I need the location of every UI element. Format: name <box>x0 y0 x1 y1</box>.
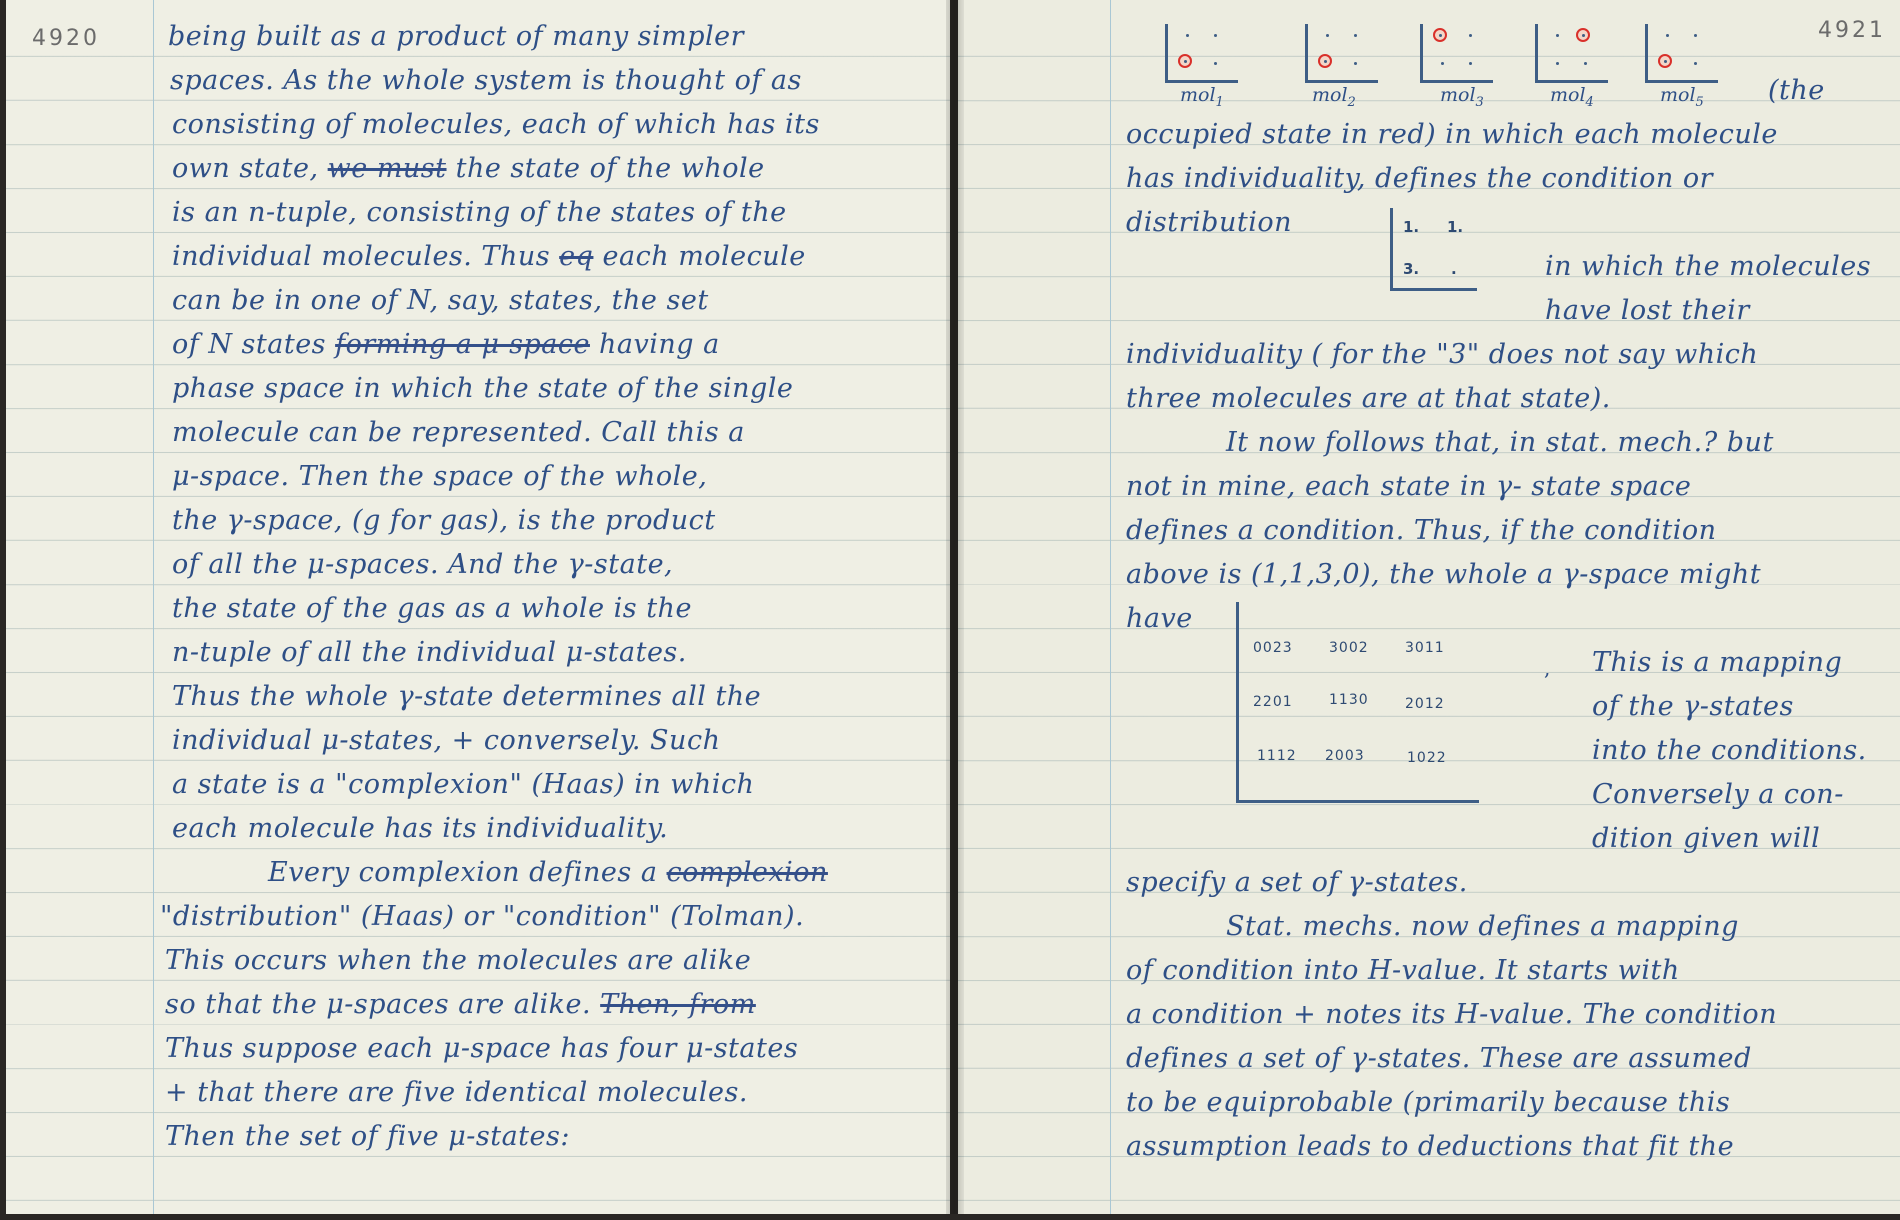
text-line: each molecule has its individuality. <box>172 814 668 844</box>
text-line: consisting of molecules, each of which h… <box>172 110 820 140</box>
text-line: This is a mapping <box>1592 648 1842 678</box>
text-line: defines a set of γ-states. These are ass… <box>1126 1044 1752 1074</box>
mol-5-diagram <box>1645 24 1718 83</box>
table-cell: 2003 <box>1325 748 1365 764</box>
text-line: three molecules are at that state). <box>1126 384 1611 414</box>
mol-3-label: mol3 <box>1440 84 1484 110</box>
text-line: to be equiprobable (primarily because th… <box>1126 1088 1730 1118</box>
text-line: in which the molecules <box>1545 252 1871 282</box>
text-line: Conversely a con- <box>1592 780 1844 810</box>
text-line: It now follows that, in stat. mech.? but <box>1226 428 1774 458</box>
gamma-state-table: 0023 3002 3011 2201 1130 2012 1112 2003 … <box>1236 602 1479 803</box>
text-line: specify a set of γ-states. <box>1126 868 1468 898</box>
table-cell: 1022 <box>1407 750 1447 766</box>
table-cell: 2201 <box>1253 694 1293 710</box>
comma-mark: , <box>1544 656 1550 680</box>
right-margin-rule <box>1110 0 1111 1214</box>
table-cell: 3002 <box>1329 640 1369 656</box>
text-line: "distribution" (Haas) or "condition" (To… <box>160 902 804 932</box>
table-cell: 1112 <box>1257 748 1297 764</box>
text-line: of N states forming a μ-space having a <box>172 330 720 360</box>
text-line: of condition into H-value. It starts wit… <box>1126 956 1680 986</box>
struck-text: Then, from <box>600 989 756 1020</box>
text-line: individuality ( for the "3" does not say… <box>1126 340 1758 370</box>
mol-4-diagram <box>1535 24 1608 83</box>
text-line: own state, we must the state of the whol… <box>172 154 765 184</box>
text-line: Thus suppose each μ-space has four μ-sta… <box>165 1034 798 1064</box>
text-line: a state is a "complexion" (Haas) in whic… <box>172 770 754 800</box>
mol-2-diagram <box>1305 24 1378 83</box>
text-line: (the <box>1768 76 1825 106</box>
table-cell: 2012 <box>1405 696 1445 712</box>
text-line: phase space in which the state of the si… <box>172 374 793 404</box>
notebook-gutter <box>946 0 964 1214</box>
text-line: individual molecules. Thus eq each molec… <box>172 242 806 272</box>
mol-2-label: mol2 <box>1312 84 1356 110</box>
occupied-state-marker <box>1318 54 1332 68</box>
struck-text: eq <box>559 241 593 272</box>
text-line: assumption leads to deductions that fit … <box>1126 1132 1734 1162</box>
text-line: can be in one of N, say, states, the set <box>172 286 709 316</box>
condition-cell: 1. <box>1403 218 1419 236</box>
table-cell: 0023 <box>1253 640 1293 656</box>
text-line: molecule can be represented. Call this a <box>172 418 745 448</box>
text-line: distribution <box>1126 208 1292 238</box>
text-line: being built as a product of many simpler <box>168 22 744 52</box>
text-line: the γ-space, (g for gas), is the product <box>172 506 716 536</box>
text-line: a condition + notes its H-value. The con… <box>1126 1000 1777 1030</box>
table-cell: 3011 <box>1405 640 1445 656</box>
text-line: of all the μ-spaces. And the γ-state, <box>172 550 673 580</box>
text-line: so that the μ-spaces are alike. Then, fr… <box>165 990 756 1020</box>
mol-4-label: mol4 <box>1550 84 1594 110</box>
condition-cell: . <box>1451 260 1457 278</box>
text-line: Every complexion defines a complexion <box>268 858 828 888</box>
occupied-state-marker <box>1178 54 1192 68</box>
mol-1-diagram <box>1165 24 1238 83</box>
text-line: of the γ-states <box>1592 692 1794 722</box>
text-line: Thus the whole γ-state determines all th… <box>172 682 761 712</box>
struck-text: complexion <box>667 857 828 888</box>
text-line: individual μ-states, + conversely. Such <box>172 726 720 756</box>
text-line: is an n-tuple, consisting of the states … <box>172 198 787 228</box>
text-line: μ-space. Then the space of the whole, <box>172 462 707 492</box>
condition-cell: 1. <box>1447 218 1463 236</box>
occupied-state-marker <box>1433 28 1447 42</box>
struck-text: we must <box>328 153 447 184</box>
text-segment: own state, <box>172 153 328 184</box>
text-line: not in mine, each state in γ- state spac… <box>1126 472 1691 502</box>
text-line: Then the set of five μ-states: <box>165 1122 570 1152</box>
text-line: + that there are five identical molecule… <box>165 1078 748 1108</box>
text-line: above is (1,1,3,0), the whole a γ-space … <box>1126 560 1761 590</box>
table-cell: 1130 <box>1329 692 1369 708</box>
text-line: the state of the gas as a whole is the <box>172 594 692 624</box>
occupied-state-marker <box>1576 28 1590 42</box>
struck-text: forming a μ-space <box>335 329 590 360</box>
mol-1-label: mol1 <box>1180 84 1224 110</box>
text-line: have <box>1126 604 1193 634</box>
occupied-state-marker <box>1658 54 1672 68</box>
text-line: have lost their <box>1545 296 1750 326</box>
left-page-number: 4920 <box>32 26 100 51</box>
text-line: n-tuple of all the individual μ-states. <box>172 638 687 668</box>
left-margin-rule <box>153 0 154 1214</box>
text-line: has individuality, defines the condition… <box>1126 164 1713 194</box>
condition-diagram: 1. 1. 3. . <box>1390 208 1477 291</box>
text-line: dition given will <box>1592 824 1820 854</box>
text-line: defines a condition. Thus, if the condit… <box>1126 516 1717 546</box>
text-line: occupied state in red) in which each mol… <box>1126 120 1778 150</box>
mol-5-label: mol5 <box>1660 84 1704 110</box>
right-page-number: 4921 <box>1818 18 1886 43</box>
text-line: into the conditions. <box>1592 736 1867 766</box>
text-line: Stat. mechs. now defines a mapping <box>1226 912 1739 942</box>
condition-cell: 3. <box>1403 260 1419 278</box>
text-line: This occurs when the molecules are alike <box>165 946 751 976</box>
text-line: spaces. As the whole system is thought o… <box>170 66 802 96</box>
mol-3-diagram <box>1420 24 1493 83</box>
